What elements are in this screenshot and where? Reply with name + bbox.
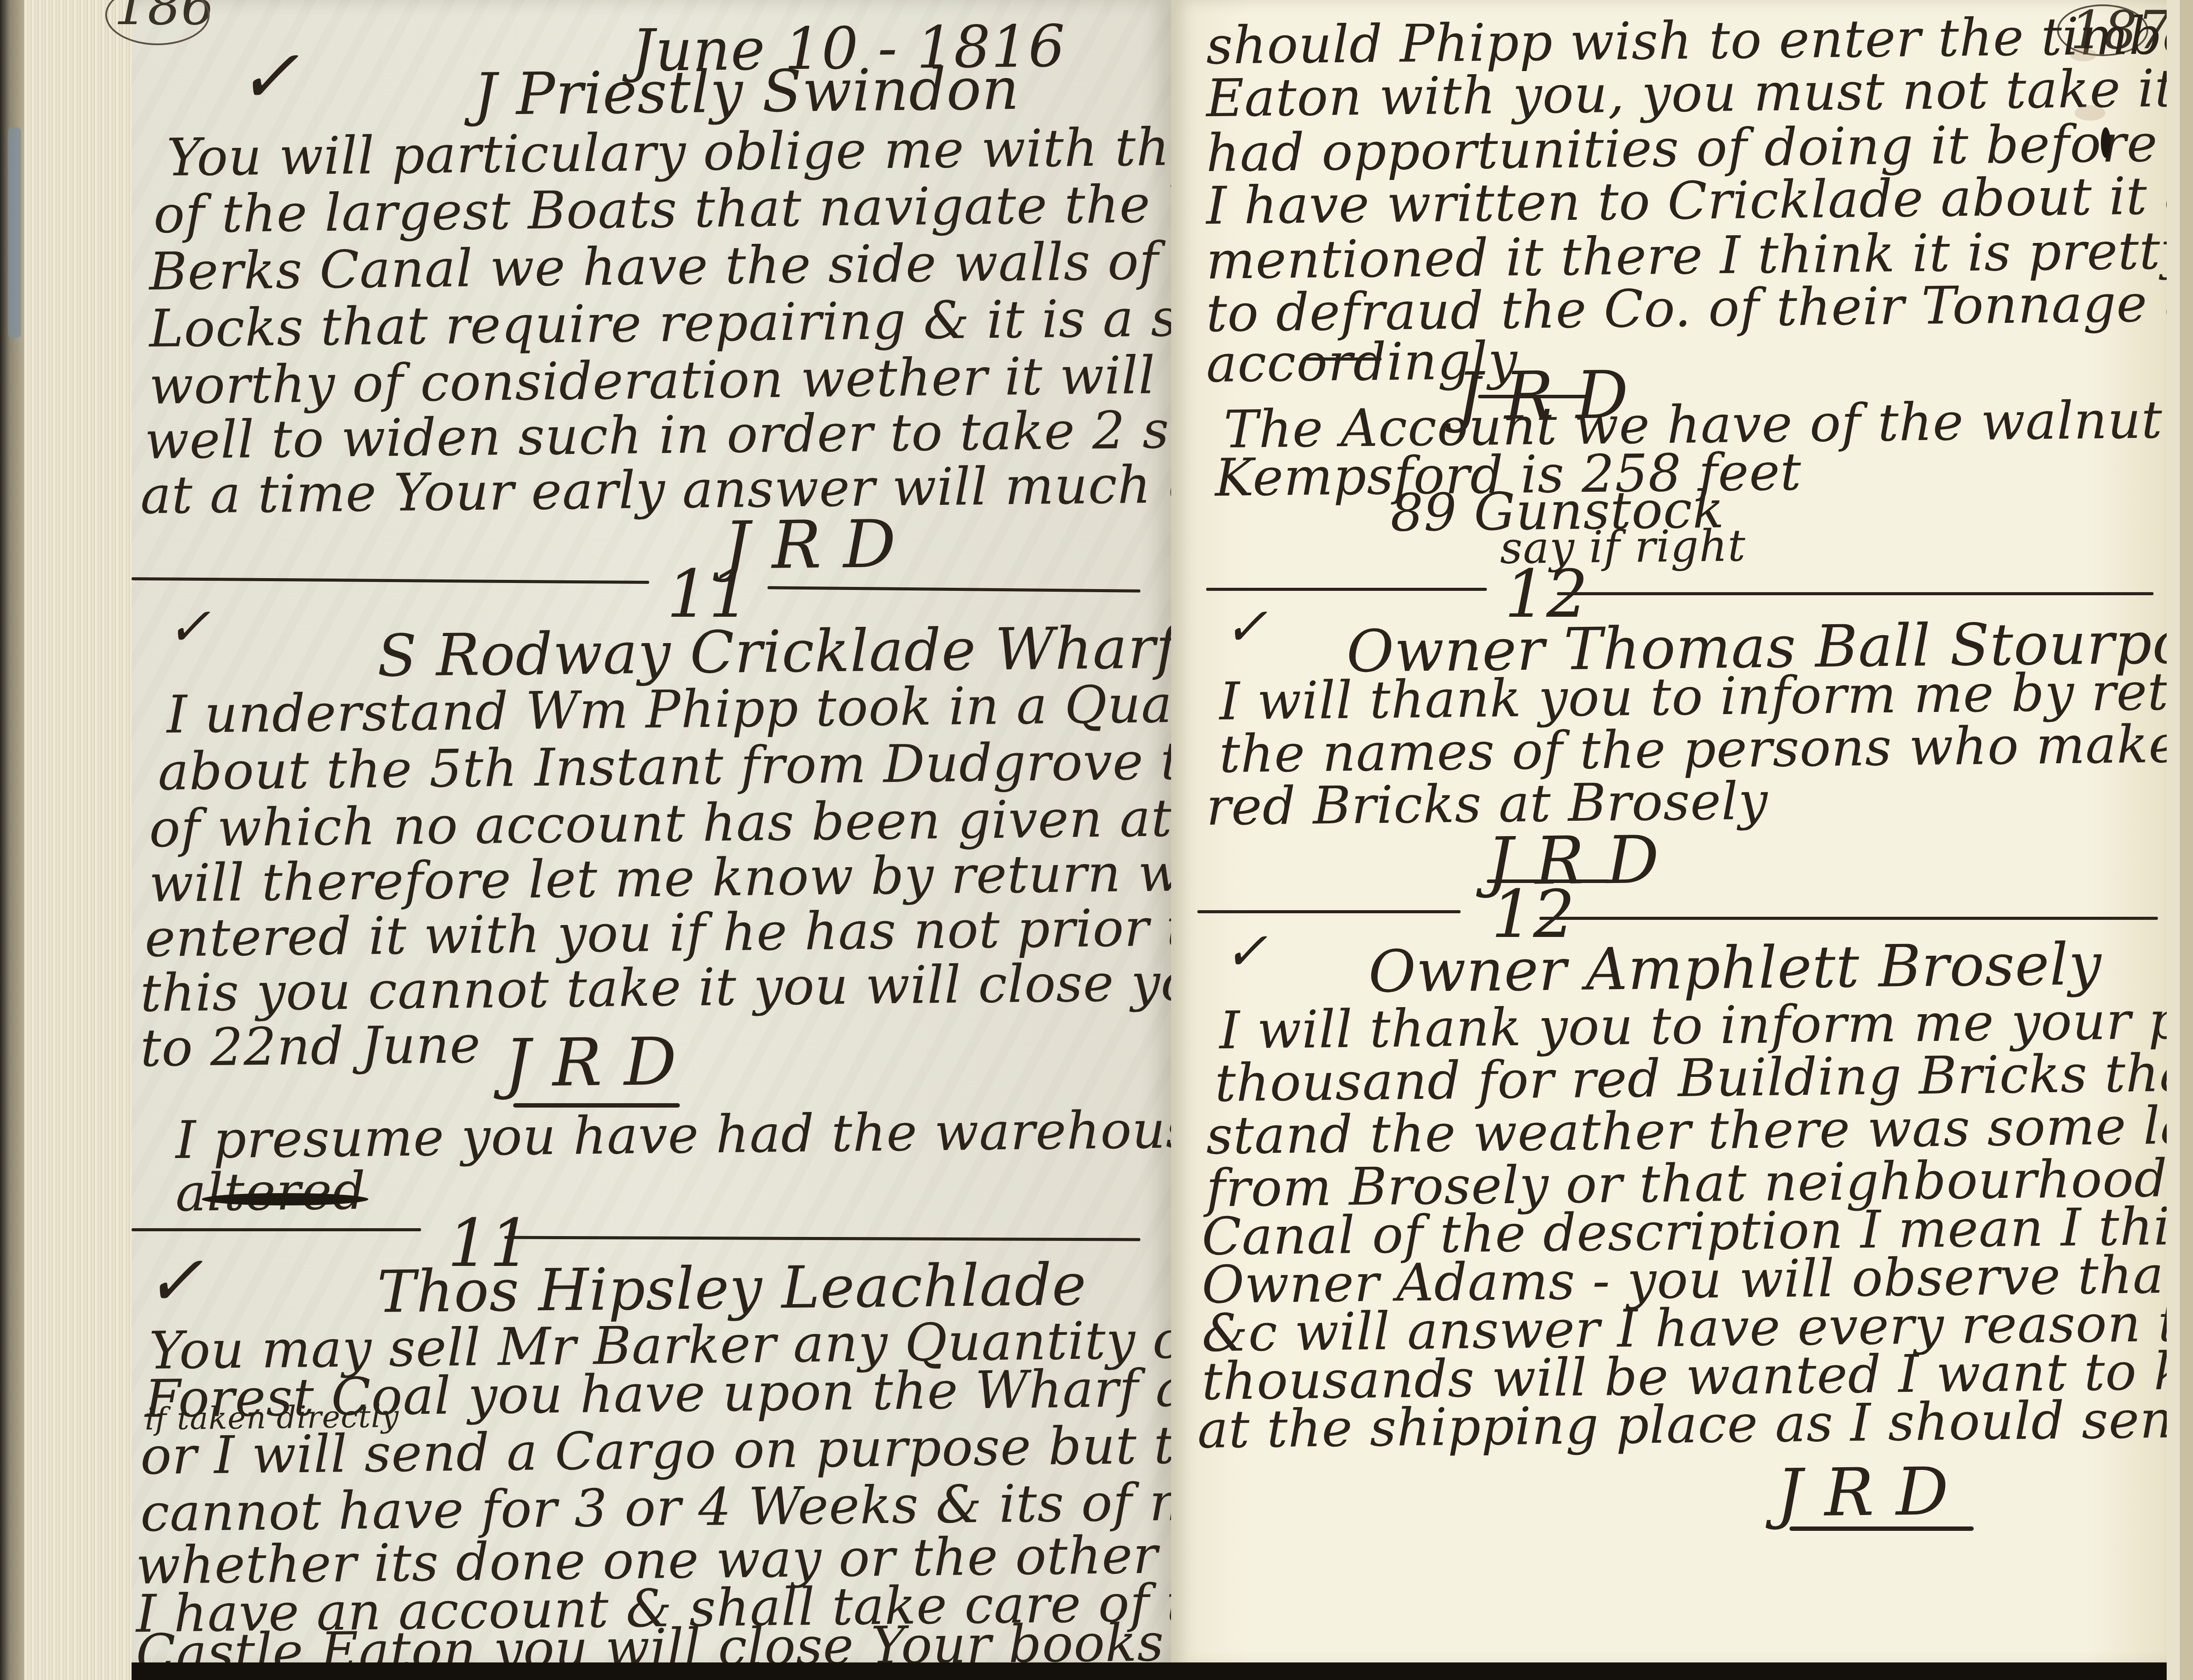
checkmark-icon: ✓	[145, 1246, 204, 1316]
book-bottom-shadow	[132, 1662, 2167, 1680]
letter-line: at the shipping place as I should send V…	[1197, 1388, 2193, 1455]
paper-stain	[2070, 48, 2097, 61]
signature-initials: J R D	[1776, 1459, 1949, 1526]
signature-underline	[1789, 1526, 1974, 1531]
entry-divider-line	[1206, 588, 1487, 591]
flourish-line	[1303, 357, 1382, 361]
left-page: 186 June 10 - 1816 ✓ J Priestly Swindon …	[132, 0, 1171, 1667]
left-page-number: 186	[114, 0, 214, 37]
letter-line: the names of the persons who make the Bu…	[1219, 715, 2193, 780]
letter-line: to defraud the Co. of their Tonnage & sh…	[1206, 272, 2193, 339]
book-page-edges-right	[2167, 0, 2193, 1680]
checkmark-icon: ✓	[1224, 601, 1268, 654]
letter-line: to 22nd June	[140, 1019, 481, 1074]
book-page-edges-left	[0, 0, 132, 1680]
checkmark-icon: ✓	[167, 601, 211, 654]
ink-flourish	[202, 1193, 368, 1205]
ink-blot	[2101, 127, 2111, 158]
entry-divider-line	[132, 1228, 421, 1231]
postscript-line: altered	[175, 1165, 366, 1219]
entry-divider-line	[1539, 917, 2158, 920]
signature-initials: J R D	[504, 1029, 677, 1097]
addressee-heading: J Priestly Swindon	[473, 60, 1020, 124]
entry-divider-line	[132, 577, 649, 584]
entry-day-number: 11	[667, 561, 750, 627]
paper-stain	[2075, 105, 2105, 121]
entry-divider-line	[504, 1236, 1140, 1241]
right-page: 187 should Phipp wish to enter the timbe…	[1171, 0, 2167, 1667]
checkmark-icon: ✓	[237, 39, 299, 114]
cover-marbling	[8, 127, 21, 338]
entry-divider-line	[1557, 592, 2154, 595]
entry-divider-line	[1197, 910, 1461, 913]
addressee-heading: Owner Amphlett Brosely	[1368, 935, 2102, 1001]
checkmark-icon: ✓	[1224, 926, 1268, 978]
entry-divider-line	[768, 586, 1140, 592]
